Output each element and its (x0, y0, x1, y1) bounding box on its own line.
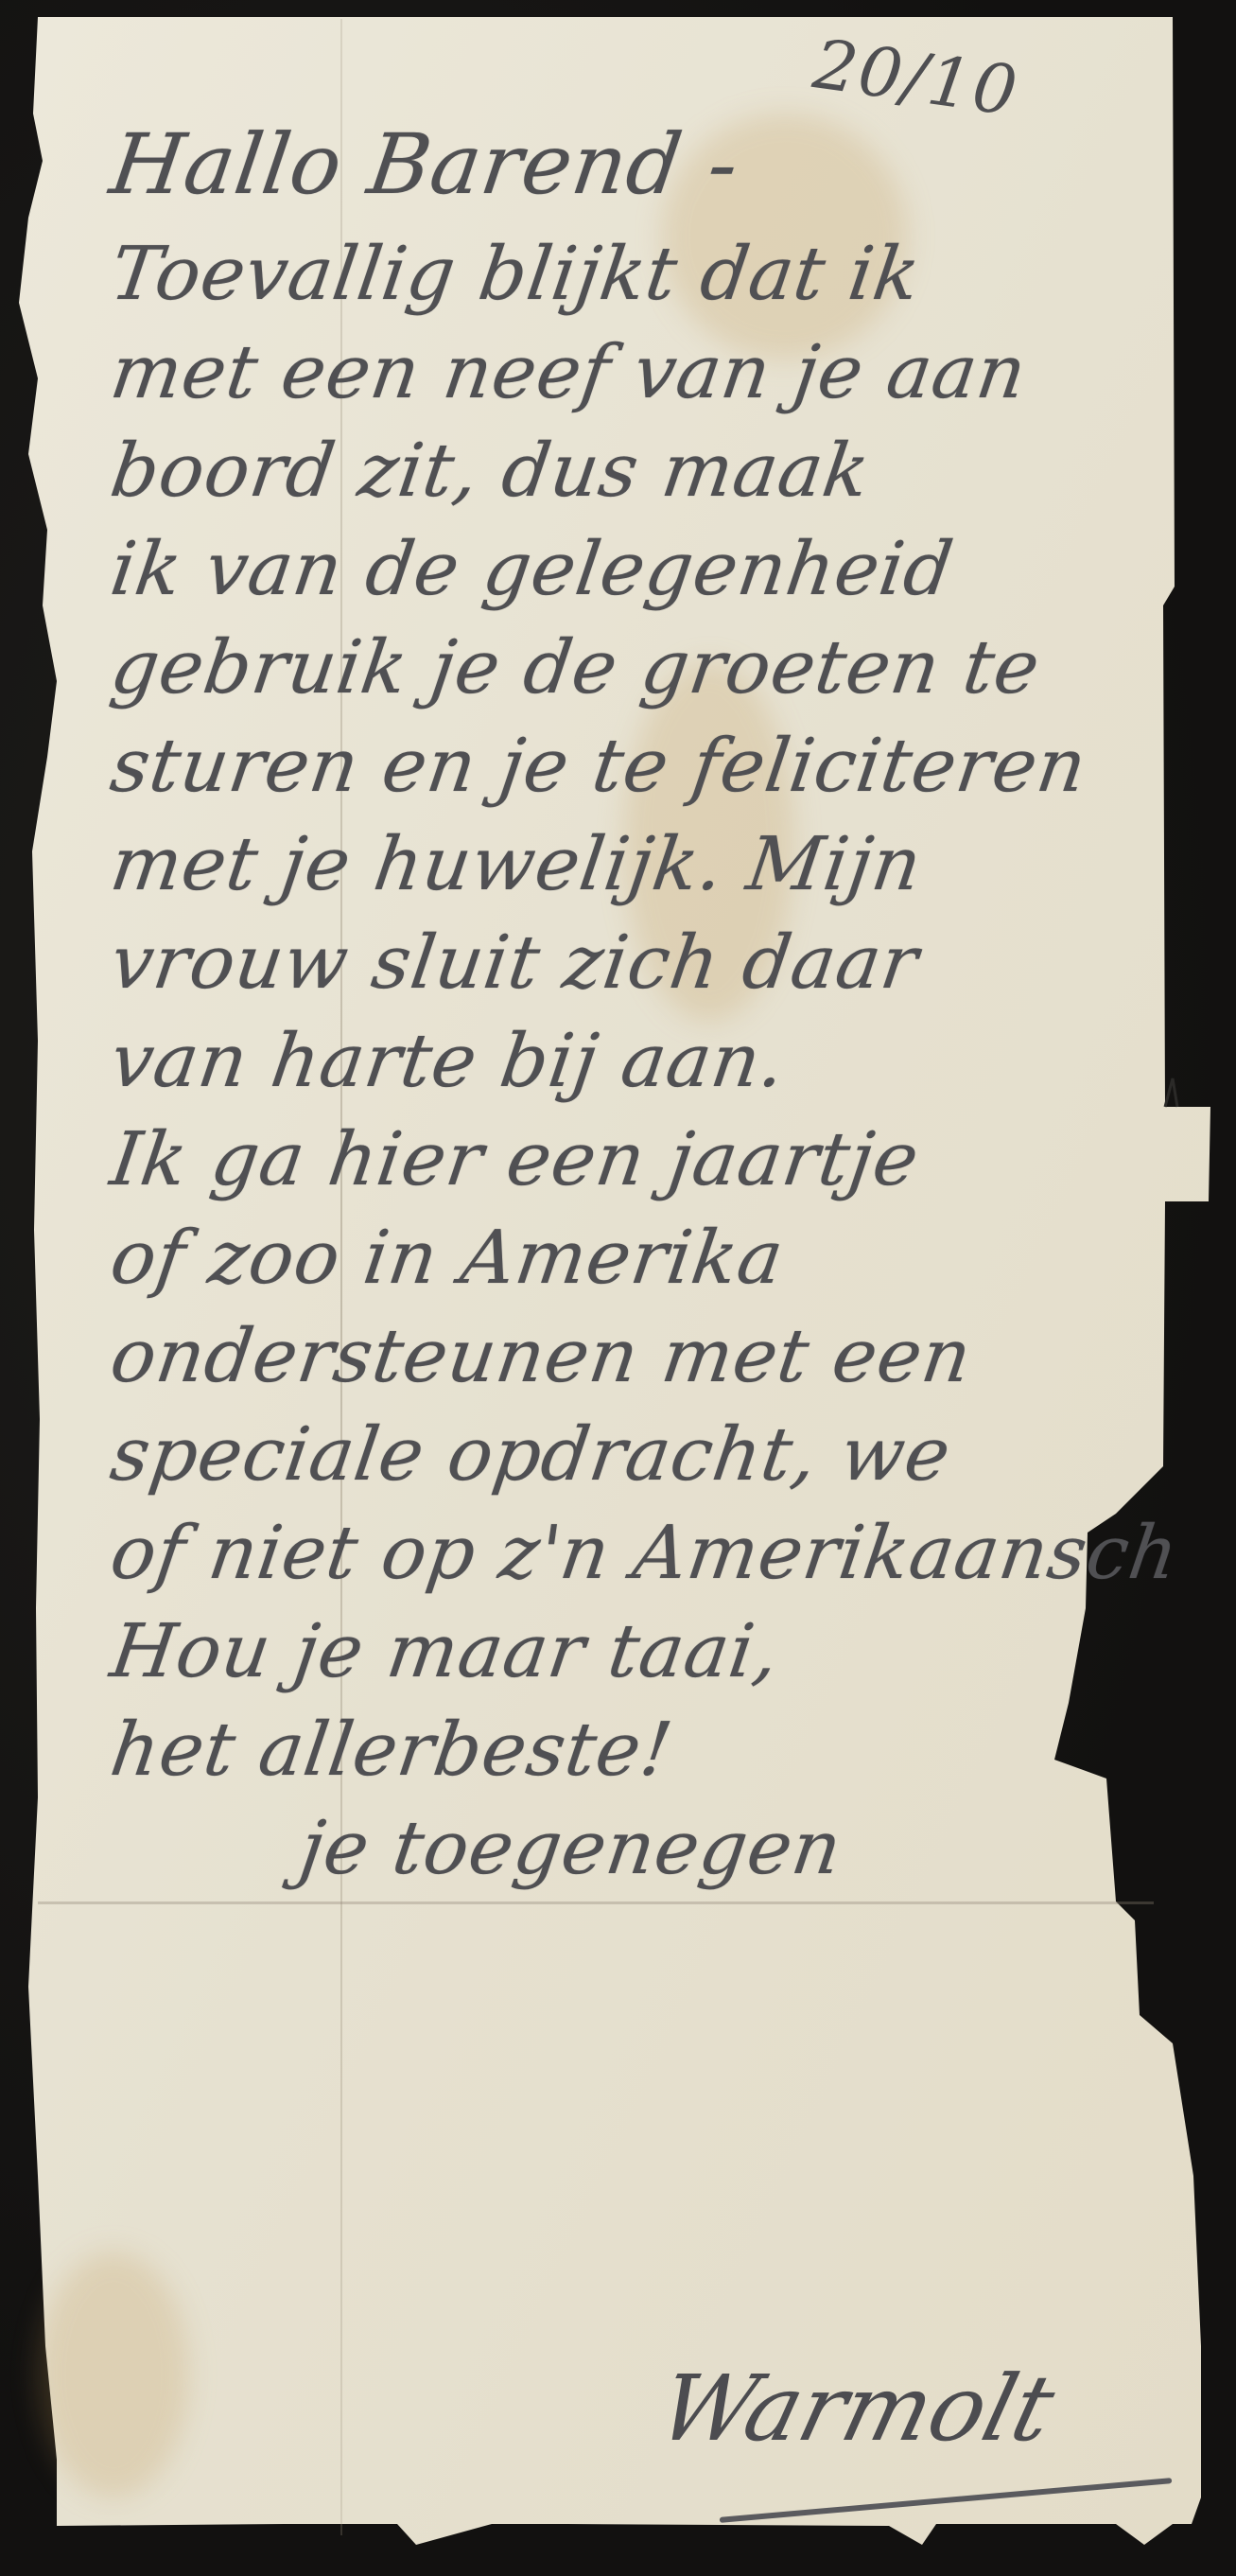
letter-line: of niet op z'n Amerikaansch (105, 1504, 1140, 1603)
stain-bottom-left (38, 2252, 189, 2497)
letter-body: Hallo Barend - Toevallig blijkt dat ik m… (112, 104, 1133, 1898)
letter-line: Hou je maar taai, (105, 1603, 1140, 1701)
letter-line: Ik ga hier een jaartje (105, 1111, 1140, 1209)
letter-line: of zoo in Amerika (105, 1209, 1140, 1307)
letter-line: vrouw sluit zich daar (105, 914, 1140, 1012)
letter-line: het allerbeste! (105, 1701, 1140, 1799)
document-scan: 20/10 Hallo Barend - Toevallig blijkt da… (0, 0, 1236, 2576)
letter-line: met een neef van je aan (105, 324, 1140, 422)
letter-line: ondersteunen met een (105, 1307, 1140, 1406)
letter-line: sturen en je te feliciteren (105, 717, 1140, 815)
letter-line: gebruik je de groeten te (105, 619, 1140, 717)
letter-line: speciale opdracht, we (105, 1406, 1140, 1504)
letter-line: boord zit, dus maak (105, 422, 1140, 520)
letter-closing: je toegenegen (105, 1799, 1140, 1898)
letter-line: ik van de gelegenheid (105, 520, 1140, 619)
letter-line: met je huwelijk. Mijn (105, 815, 1140, 914)
letter-signature: Warmolt (649, 2356, 1064, 2462)
letter-greeting: Hallo Barend - (103, 104, 1141, 225)
letter-line: Toevallig blijkt dat ik (105, 225, 1140, 324)
fold-crease-horizontal (38, 1901, 1154, 1904)
letter-line: van harte bij aan. (105, 1012, 1140, 1111)
